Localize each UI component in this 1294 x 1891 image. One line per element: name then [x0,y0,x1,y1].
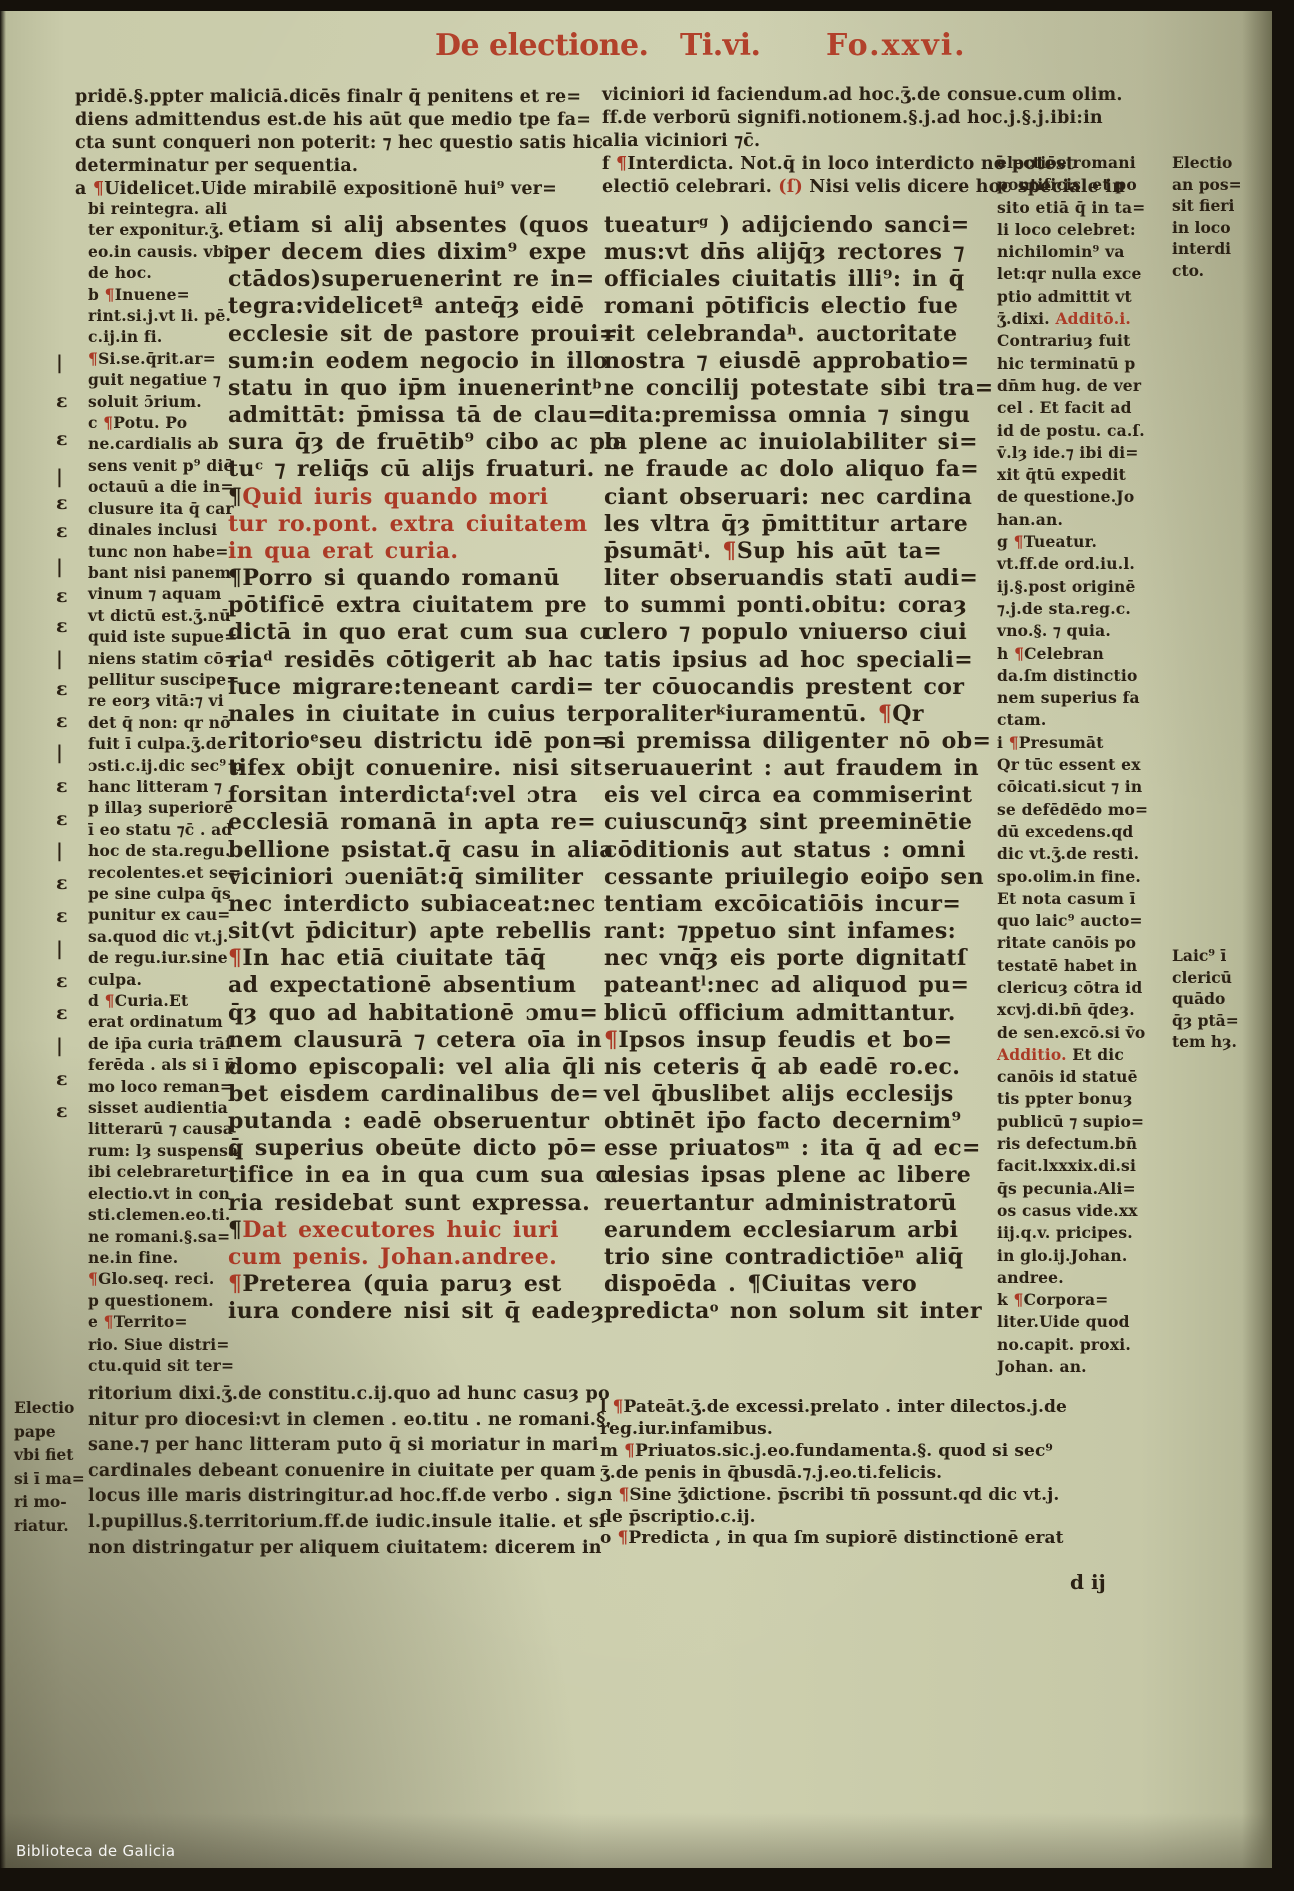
text-line: punitur ex cau= [88,904,223,925]
bottom-right-paragraph: l ¶Pateāt.ʒ̄.de excessi.prelato . inter … [600,1397,1168,1550]
brace-column: |ɛɛ|ɛɛ|ɛɛ|ɛɛ|ɛɛ|ɛɛ|ɛɛ|ɛɛ [56,0,74,1200]
text-line: da.ſm distinctio [997,665,1165,687]
text-line: electio.vt in con [88,1183,223,1204]
text-line: Et nota casum ī [997,888,1165,910]
text-line: id de postu. ca.ſ. [997,420,1165,442]
text-line: dita:premissa omnia ⁊ singu [604,402,992,429]
text-line: cardinales debeant conuenire in ciuitate… [88,1459,596,1485]
text-line: sito etiā q̄ in ta= [997,197,1165,219]
text-line: tuc ⁊ reliq̄s cū alijs fruaturi. [228,456,610,483]
text-line: riatur. [14,1514,90,1538]
text-line: tueaturg ) adijciendo sanci= [604,212,992,239]
scan-edge-top [0,0,1294,11]
text-line: reg.iur.infamibus. [600,1419,1168,1441]
text-line: ne.cardialis ab [88,433,223,454]
text-line: ciant obseruari: nec cardina [604,484,992,511]
text-line: ¶Dat executores huic iuri [228,1217,610,1244]
text-line: hanc litteram ⁊ [88,776,223,797]
margin-brace: | [56,1035,63,1057]
bottom-left-gloss-tail: rio. Siue distri=ctu.quid sit ter= [88,1334,288,1377]
text-line: tifice in ea in qua cum sua cu [228,1162,610,1189]
text-line: la plene ac inuiolabiliter si= [604,429,992,456]
text-line: li loco celebret: [997,219,1165,241]
margin-brace: ɛ [56,1002,68,1024]
titulus-number: Ti.vi. [680,28,760,63]
margin-note-left-bottom: Electiopapevbi fietsi ī ma=ri mo-riatur. [14,1396,90,1537]
margin-brace: | [56,938,63,960]
text-line: testatē habet in [997,955,1165,977]
scan-edge-right [1272,0,1294,1891]
text-line: ritate canōis po [997,932,1165,954]
text-line: l ¶Pateāt.ʒ̄.de excessi.prelato . inter … [600,1397,1168,1419]
text-line: p illaȝ superiorē [88,797,223,818]
text-line: ʒ̄.dixi. Additō.i. [997,308,1165,330]
text-line: de regu.iur.sine [88,947,223,968]
text-line: sit(vt p̄dicitur) apte rebellis [228,918,610,945]
text-line: q̄s pecunia.Ali= [997,1178,1165,1200]
scan-edge-bottom [0,1868,1294,1891]
margin-brace: ɛ [56,905,68,927]
text-line: si premissa diligenter nō ob= [604,728,992,755]
text-line: spo.olim.in fine. [997,866,1165,888]
text-line: recolentes.et se= [88,862,223,883]
text-line: tegra:videlicetª anteq̄ȝ eidē [228,293,610,320]
text-line: os casus vide.xx [997,1200,1165,1222]
bottom-left-paragraph: ritorium dixi.ʒ̄.de constitu.c.ij.quo ad… [88,1382,596,1561]
text-line: in qua erat curia. [228,538,610,565]
margin-brace: ɛ [56,775,68,797]
margin-brace: | [56,466,63,488]
text-line: ad expectationē absentium [228,972,610,999]
text-line: b ¶Inuene= [88,284,223,305]
text-line: electiōe romani [997,152,1165,174]
text-line: Electio [14,1396,90,1420]
text-line: les vltra q̄ȝ p̄mittitur artare [604,511,992,538]
text-line: seruauerint : aut fraudem in [604,755,992,782]
text-line: viciniori ɔueniāt:q̄ similiter [228,864,610,891]
text-line: mo loco reman= [88,1076,223,1097]
text-line: determinatur per sequentia. [75,155,603,178]
text-line: ī eo statu ⁊c̄ . ad [88,819,223,840]
text-line: cum penis. Johan.andree. [228,1244,610,1271]
text-line: clesias ipsas plene ac libere [604,1162,992,1189]
text-line: nales in ciuitate in cuius ter [228,701,610,728]
text-line: pateantl:nec ad aliquod pu= [604,972,992,999]
text-line: tatis ipsius ad hoc speciali= [604,647,992,674]
text-line: erat ordinatum [88,1011,223,1032]
text-line: pōtificē extra ciuitatem pre [228,592,610,619]
folio-number: Fo.xxvi. [826,28,967,63]
text-line: si ī ma= [14,1467,90,1491]
text-line: ¶Si.se.q̄rit.ar= [88,348,223,369]
text-line: xit q̄tū expedit [997,464,1165,486]
text-line: in glo.ij.Johan. [997,1245,1165,1267]
text-line: ritorium dixi.ʒ̄.de constitu.c.ij.quo ad… [88,1382,596,1408]
margin-brace: | [56,840,63,862]
text-line: dn̄m hug. de ver [997,375,1165,397]
margin-brace: | [56,742,63,764]
text-line: ctam. [997,709,1165,731]
text-line: l.pupillus.§.territorium.ff.de iudic.ins… [88,1510,596,1536]
text-line: quo laic⁹ aucto= [997,910,1165,932]
text-line: vt dictū est.ʒ̄.nū [88,605,223,626]
text-line: earundem ecclesiarum arbi [604,1217,992,1244]
text-line: rint.si.j.vt li. pē. [88,305,223,326]
text-line: c ¶Potu. Po [88,412,223,433]
text-line: ecclesie sit de pastore proui= [228,321,610,348]
text-line: ferēda . als si ī p̄ [88,1054,223,1075]
text-line: dic vt.ʒ̄.de resti. [997,843,1165,865]
text-line: ¶In hac etiā ciuitate tāq̄ [228,945,610,972]
text-line: litterarū ⁊ causa [88,1118,223,1139]
text-line: esse priuatosm : ita q̄ ad ec= [604,1135,992,1162]
margin-brace: | [56,556,63,578]
text-line: cessante priuilegio eoip̄o sen [604,864,992,891]
text-line: sane.⁊ per hanc litteram puto q̄ si mori… [88,1433,596,1459]
text-line: ptio admittit vt [997,286,1165,308]
text-line: v̄.lȝ ide.⁊ ibi di= [997,442,1165,464]
text-line: p̄sumāti. ¶Sup his aūt ta= [604,538,992,565]
margin-brace: ɛ [56,390,68,412]
text-line: ʒ̄.de penis in q̄busdā.⁊.j.eo.ti.felicis… [600,1463,1168,1485]
text-line: ne.in fine. [88,1247,223,1268]
text-line: let:qr nulla exce [997,263,1165,285]
text-line: domo episcopali: vel alia q̄li [228,1054,610,1081]
text-line: nichilomin⁹ va [997,241,1165,263]
text-line: de p̄scriptio.c.ij. [600,1507,1168,1529]
margin-brace: ɛ [56,1068,68,1090]
text-line: bet eisdem cardinalibus de= [228,1081,610,1108]
text-line: luce migrare:teneant cardi= [228,674,610,701]
text-line: mus:vt dn̄s alijq̄ȝ rectores ⁊ [604,239,992,266]
text-line: forsitan interdictaf:vel ɔtra [228,782,610,809]
text-line: tentiam excōicatiōis incur= [604,891,992,918]
text-line: cōicati.sicut ⁊ in [997,776,1165,798]
text-line: rum: lȝ suspensa [88,1140,223,1161]
text-line: pridē.§.ppter maliciā.dicēs finalr q̄ pe… [75,86,603,109]
text-line: andree. [997,1267,1165,1289]
text-line: de questione.Jo [997,486,1165,508]
text-line: viciniori id faciendum.ad hoc.ʒ̄.de cons… [602,84,1162,107]
text-line: nec vnq̄ȝ eis porte dignitatſ [604,945,992,972]
text-line: k ¶Corpora= [997,1289,1165,1311]
text-line: tur ro.pont. extra ciuitatem [228,511,610,538]
margin-brace: ɛ [56,808,68,830]
main-column-1: etiam si alij absentes (quosper decem di… [228,212,610,1325]
text-line: m ¶Priuatos.sic.j.eo.fundamenta.§. quod … [600,1441,1168,1463]
text-line: soluit ɔ̄rium. [88,391,223,412]
text-line: ritorioeseu districtu idē pon= [228,728,610,755]
text-line: bellione psistat.q̄ casu in alia [228,837,610,864]
text-line: diens admittendus est.de his aūt que med… [75,109,603,132]
page-edge-shading [1242,0,1272,1891]
margin-brace: ɛ [56,520,68,542]
text-line: vinum ⁊ aquam [88,583,223,604]
text-line: ne concilij potestate sibi tra= [604,375,992,402]
text-line: trio sine contradictiōen aliq̄ [604,1244,992,1271]
text-line: e ¶Territo= [88,1311,223,1332]
text-line: ⁊.j.de sta.reg.c. [997,598,1165,620]
text-line: publicū ⁊ supio= [997,1111,1165,1133]
text-line: ria residebat sunt expressa. [228,1190,610,1217]
text-line: ris defectum.bn̄ [997,1133,1165,1155]
text-line: cuiuscunq̄ȝ sint preeminētie [604,809,992,836]
text-line: se defēdēdo mo= [997,799,1165,821]
text-line: culpa. [88,969,223,990]
text-line: h ¶Celebran [997,643,1165,665]
text-line: o ¶Predicta , in qua ſm supiorē distinct… [600,1528,1168,1550]
text-line: ¶Ipsos insup feudis et bo= [604,1027,992,1054]
text-line: pellitur suscipe= [88,669,223,690]
text-line: n ¶Sine ʒ̄dictione. p̄scribi tn̄ possunt… [600,1485,1168,1507]
text-line: vbi fiet [14,1443,90,1467]
text-line: hoc de sta.regu. [88,840,223,861]
text-line: sum:in eodem negocio in illo [228,348,610,375]
text-line: ri mo- [14,1490,90,1514]
text-line: clero ⁊ populo vniuerso ciui [604,619,992,646]
text-line: niens statim cō= [88,648,223,669]
text-line: romani pōtificis electio fue [604,293,992,320]
text-line: dinales inclusi [88,519,223,540]
margin-brace: ɛ [56,678,68,700]
text-line: Additio. Et dic [997,1044,1165,1066]
left-gloss-column: bi reintegra. aliter exponitur.ʒ̄.eo.in … [88,198,223,1333]
margin-brace: ɛ [56,615,68,637]
text-line: ¶Quid iuris quando mori [228,484,610,511]
text-line: locus ille maris distringitur.ad hoc.ff.… [88,1484,596,1510]
text-line: blicū officium admittantur. [604,1000,992,1027]
text-line: clusure ita q̄ car [88,498,223,519]
margin-brace: | [56,648,63,670]
text-line: hic terminatū p [997,353,1165,375]
text-line: sti.clemen.eo.ti. [88,1204,223,1225]
text-line: sisset audientia [88,1097,223,1118]
top-left-paragraph: pridē.§.ppter maliciā.dicēs finalr q̄ pe… [75,86,603,201]
text-line: dictā in quo erat cum sua cu [228,619,610,646]
text-line: sens venit p⁹ diē [88,455,223,476]
text-line: nis ceteris q̄ ab eadē ro.ec. [604,1054,992,1081]
text-line: obtinēt ip̄o facto decernim⁹ [604,1108,992,1135]
text-line: d ¶Curia.Et [88,990,223,1011]
text-line: re eorȝ vitā:⁊ vi [88,690,223,711]
text-line: tunc non habe= [88,541,223,562]
margin-brace: ɛ [56,585,68,607]
text-line: bi reintegra. ali [88,198,223,219]
text-line: dispoēda . ¶Ciuitas vero [604,1271,992,1298]
text-line: ecclesiā romanā in apta re= [228,809,610,836]
margin-brace: ɛ [56,872,68,894]
text-line: vno.§. ⁊ quia. [997,620,1165,642]
text-line: dū excedens.qd [997,821,1165,843]
text-line: de ip̄a curia trāſ [88,1033,223,1054]
text-line: sura q̄ȝ de fruētib⁹ cibo ac po [228,429,610,456]
text-line: facit.lxxxix.di.si [997,1155,1165,1177]
text-line: clericuȝ cōtra id [997,977,1165,999]
text-line: reuertantur administratorū [604,1190,992,1217]
text-line: nem clausurā ⁊ cetera oīa in [228,1027,610,1054]
text-line: Qr tūc essent ex [997,754,1165,776]
text-line: Contrariuȝ fuit [997,330,1165,352]
text-line: pe sine culpa q̄s [88,883,223,904]
text-line: riad residēs cōtigerit ab hac [228,647,610,674]
text-line: ctādos)superuenerint re in= [228,266,610,293]
text-line: cta sunt conqueri non poterit: ⁊ hec que… [75,132,603,155]
text-line: sa.quod dic vt.j. [88,926,223,947]
text-line: liter.Uide quod [997,1311,1165,1333]
text-line: poraliterkiuramentū. ¶Qr [604,701,992,728]
text-line: ter cōuocandis prestent cor [604,674,992,701]
text-line: ¶Porro si quando romanū [228,565,610,592]
text-line: non distringatur per aliquem ciuitatem: … [88,1536,596,1562]
text-line: alia viciniori ⁊c̄. [602,130,1162,153]
text-line: nec interdicto subiaceat:nec [228,891,610,918]
text-line: per decem dies dixim⁹ expe [228,239,610,266]
text-line: vt.ff.de ord.iu.l. [997,553,1165,575]
text-line: de sen.excō.si v̄o [997,1022,1165,1044]
text-line: no.capit. proxi. [997,1334,1165,1356]
text-line: fuit ī culpa.ʒ̄.de [88,733,223,754]
text-line: vel q̄buslibet alijs ecclesijs [604,1081,992,1108]
text-line: quid iste supue= [88,626,223,647]
quire-signature: d ij [1070,1570,1106,1594]
text-line: de hoc. [88,262,223,283]
text-line: guit negatiue ⁊ [88,369,223,390]
text-line: iij.q.v. pricipes. [997,1222,1165,1244]
text-line: g ¶Tueatur. [997,531,1165,553]
right-gloss-column: electiōe romanipontificis. et posito eti… [997,152,1165,1378]
text-line: liter obseruandis statī audi= [604,565,992,592]
text-line: ne romani.§.sa= [88,1226,223,1247]
text-line: rant: ⁊ppetuo sint infames: [604,918,992,945]
scanned-book-page: De electione. Ti.vi. Fo.xxvi. pridē.§.pp… [0,0,1294,1891]
text-line: det q̄ non: qr nō [88,712,223,733]
text-line: i ¶Presumāt [997,732,1165,754]
text-line: statu in quo ip̄m inuenerintb [228,375,610,402]
text-line: ne fraude ac dolo aliquo fa= [604,456,992,483]
text-line: han.an. [997,509,1165,531]
text-line: canōis id statuē [997,1066,1165,1088]
text-line: ij.§.post originē [997,576,1165,598]
text-line: bant nisi panem [88,562,223,583]
text-line: to summi ponti.obitu: coraȝ [604,592,992,619]
text-line: iura condere nisi sit q̄ eadeȝ [228,1298,610,1325]
text-line: admittāt: p̄missa tā de clau= [228,402,610,429]
text-line: etiam si alij absentes (quos [228,212,610,239]
text-line: octauū a die in= [88,476,223,497]
text-line: ter exponitur.ʒ̄. [88,219,223,240]
text-line: nitur pro diocesi:vt in clemen . eo.titu… [88,1408,596,1434]
text-line: predictao non solum sit inter [604,1298,992,1325]
text-line: ɔsti.c.ij.dic sec⁹ p [88,755,223,776]
margin-brace: | [56,352,63,374]
text-line: ¶Glo.seq. reci. [88,1268,223,1289]
text-line: eis vel circa ea commiserint [604,782,992,809]
text-line: nostra ⁊ eiusdē approbatio= [604,348,992,375]
text-line: rit celebrandah. auctoritate [604,321,992,348]
main-column-2: tueaturg ) adijciendo sanci=mus:vt dn̄s … [604,212,992,1325]
text-line: pape [14,1420,90,1444]
text-line: c.ij.in fi. [88,326,223,347]
text-line: ibi celebraretur [88,1161,223,1182]
margin-brace: ɛ [56,1100,68,1122]
margin-brace: ɛ [56,970,68,992]
text-line: officiales ciuitatis illi⁹: in q̄ [604,266,992,293]
text-line: tis ppter bonuȝ [997,1088,1165,1110]
text-line: q̄ȝ quo ad habitationē ɔmu= [228,1000,610,1027]
text-line: Johan. an. [997,1356,1165,1378]
page-bottom-shadow [0,1813,1294,1868]
text-line: cōditionis aut status : omni [604,837,992,864]
text-line: nem superius fa [997,687,1165,709]
text-line: tifex obijt conuenire. nisi sit [228,755,610,782]
text-line: ¶Preterea (quia paruȝ est [228,1271,610,1298]
text-line: p questionem. [88,1290,223,1311]
text-line: eo.in causis. vbi [88,241,223,262]
text-line: ctu.quid sit ter= [88,1355,288,1376]
scan-edge-left [0,0,6,1891]
text-line: xcvj.di.bn̄ q̄deȝ. [997,999,1165,1021]
text-line: cel . Et facit ad [997,397,1165,419]
text-line: rio. Siue distri= [88,1334,288,1355]
text-line: ff.de verborū signifi.notionem.§.j.ad ho… [602,107,1162,130]
text-line: pontificis. et po [997,174,1165,196]
text-line: q̄ superius obeūte dicto pō= [228,1135,610,1162]
running-title: De electione. [435,28,649,63]
library-watermark: Biblioteca de Galicia [16,1842,175,1860]
margin-brace: ɛ [56,710,68,732]
margin-brace: ɛ [56,428,68,450]
text-line: putanda : eadē obseruentur [228,1108,610,1135]
margin-brace: ɛ [56,492,68,514]
